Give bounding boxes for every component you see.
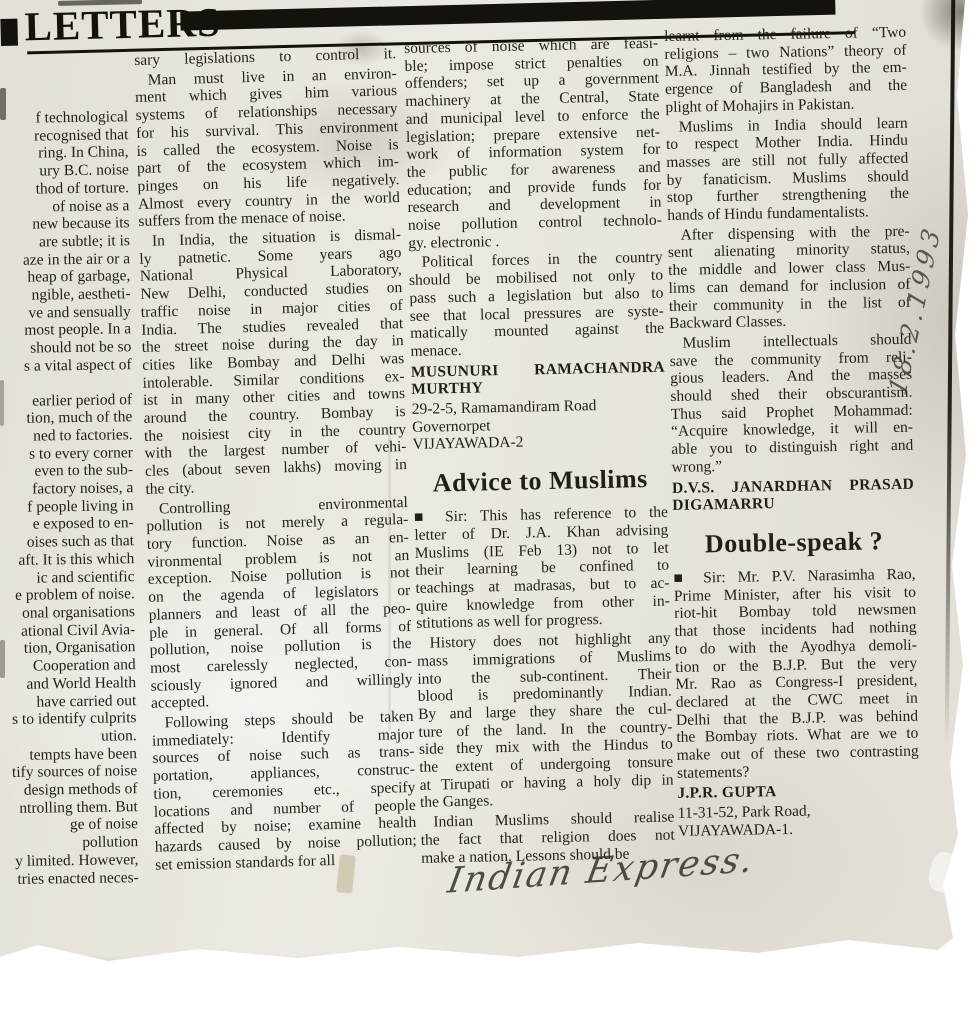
text-line: have carried out bbox=[10, 692, 136, 711]
text-line: Double-speak ? bbox=[673, 526, 915, 560]
paragraph: Muslim intellectuals shouldsave the comm… bbox=[669, 331, 913, 477]
text-line: y limited. However, bbox=[12, 851, 138, 870]
text-line: ve and sensually bbox=[5, 303, 131, 322]
text-line: ge of noise pollution bbox=[12, 816, 138, 853]
paper-crinkle bbox=[926, 849, 961, 894]
signature-name: J.P.R. GUPTA bbox=[677, 781, 919, 803]
clipping-right-edge-shadow bbox=[945, 0, 956, 745]
text-line: tify sources of noise bbox=[11, 762, 137, 781]
text-line: and World Health bbox=[10, 674, 136, 693]
text-line: earlier period of bbox=[6, 391, 132, 410]
paragraph: learnt from the failure of “Tworeligions… bbox=[664, 24, 908, 117]
text-line: aze in the air or a bbox=[4, 250, 130, 269]
signature-address: 11-31-52, Park Road,VIJAYAWADA-1. bbox=[678, 801, 921, 841]
text-line: most people. In a bbox=[5, 321, 131, 340]
text-line: VIJAYAWADA-1. bbox=[678, 818, 920, 840]
text-line: tion, Organisation bbox=[9, 639, 135, 658]
text-line: plight of Mohajirs in Pakistan. bbox=[665, 95, 907, 117]
paragraph: Controlling environmentalpollution is no… bbox=[146, 494, 413, 713]
text-line: J.P.R. GUPTA bbox=[677, 781, 919, 803]
text-line: factory noises, a bbox=[7, 479, 133, 498]
scan-artifact-left-2 bbox=[0, 380, 4, 426]
newspaper-clipping: LETTERS f technologicalrecognised thatri… bbox=[0, 0, 972, 978]
tape-mark bbox=[336, 854, 356, 893]
text-line: statements? bbox=[677, 760, 919, 782]
text-line: of noise as a bbox=[3, 197, 129, 216]
text-line: s to identify culprits bbox=[10, 709, 136, 728]
text-line: wrong.” bbox=[672, 455, 914, 477]
text-line: Advice to Muslims bbox=[413, 464, 668, 499]
paragraph: sources of noise which are feasi-ble; im… bbox=[404, 35, 662, 253]
paragraph: Man must live in an environ-ment which g… bbox=[135, 65, 401, 231]
text-line: ned to factories. bbox=[6, 426, 132, 445]
text-line: tion, much of the bbox=[6, 408, 132, 427]
column-2-noise-letter: sary legislations to control it.Man must… bbox=[134, 45, 417, 876]
text-line: ntrolling them. But bbox=[12, 798, 138, 817]
paragraph: ■ Sir: Mr. P.V. Narasimha Rao,Prime Mini… bbox=[673, 566, 919, 783]
signature-address: 29-2-5, Ramamandiram RoadGovernorpetVIJA… bbox=[412, 396, 667, 454]
text-line: ution. bbox=[11, 727, 137, 746]
text-line: ngible, aestheti- bbox=[4, 285, 130, 304]
paragraph: Muslims in India should learnto respect … bbox=[666, 114, 910, 224]
text-line: s to every corner bbox=[7, 444, 133, 463]
paragraph-fragment: f technologicalrecognised thatring. In C… bbox=[2, 108, 132, 375]
text-line: ic and scientific bbox=[8, 568, 134, 587]
column-3-advice-to-muslims: sources of noise which are feasi-ble; im… bbox=[404, 35, 675, 869]
paper-crease bbox=[388, 430, 391, 730]
text-line: Backward Classes. bbox=[669, 311, 911, 333]
paragraph: In India, the situation is dismal-ly pat… bbox=[139, 226, 408, 498]
text-line: new because its bbox=[3, 214, 129, 233]
column-4-double-speak: learnt from the failure of “Tworeligions… bbox=[664, 24, 920, 845]
text-line: ury B.C. noise bbox=[3, 161, 129, 180]
paragraph: Following steps should be takenimmediate… bbox=[151, 708, 417, 874]
masthead-edge-fragment bbox=[0, 19, 18, 46]
paragraph: Political forces in the countryshould be… bbox=[408, 249, 664, 361]
text-line: aft. It is this which bbox=[8, 550, 134, 569]
text-line: e exposed to en- bbox=[8, 515, 134, 534]
paragraph: ■ Sir: This has reference to theletter o… bbox=[414, 504, 671, 633]
text-line: s a vital aspect of bbox=[5, 356, 131, 375]
text-line: are subtle; it is bbox=[4, 232, 130, 251]
text-line: should not be so bbox=[5, 338, 131, 357]
text-line: ational Civil Avia- bbox=[9, 621, 135, 640]
text-line: tries enacted neces- bbox=[13, 869, 139, 888]
column-1-left-clipped: f technologicalrecognised thatring. In C… bbox=[2, 108, 139, 890]
text-line: tempts have been bbox=[11, 745, 137, 764]
signature-name: MUSUNURI RAMACHANDRAMURTHY bbox=[411, 358, 666, 399]
letter-heading: Advice to Muslims bbox=[413, 464, 668, 499]
text-line: ring. In China, bbox=[2, 144, 128, 163]
text-line: onal organisations bbox=[9, 603, 135, 622]
text-line: thod of torture. bbox=[3, 179, 129, 198]
text-line: oises such as that bbox=[8, 532, 134, 551]
text-line: even to the sub- bbox=[7, 462, 133, 481]
text-line: recognised that bbox=[2, 126, 128, 145]
scan-artifact-left-3 bbox=[0, 640, 5, 678]
text-line: Cooperation and bbox=[10, 656, 136, 675]
letter-heading: Double-speak ? bbox=[673, 526, 915, 560]
text-line: hands of Hindu fundamentalists. bbox=[667, 203, 909, 225]
text-line: design methods of bbox=[11, 780, 137, 799]
text-line: heap of garbage, bbox=[4, 268, 130, 287]
scan-artifact-left-1 bbox=[0, 88, 6, 120]
signature-name: D.V.S. JANARDHAN PRASADDIGAMARRU bbox=[672, 475, 915, 515]
text-line: e problem of noise. bbox=[9, 585, 135, 604]
paragraph-fragment: earlier period oftion, much of thened to… bbox=[6, 391, 139, 888]
text-line: f technological bbox=[2, 108, 128, 127]
text-line: f people living in bbox=[7, 497, 133, 516]
scanned-page: LETTERS f technologicalrecognised thatri… bbox=[0, 0, 978, 1024]
paragraph: After dispensing with the pre-sent alien… bbox=[667, 222, 911, 332]
paragraph: History does not highlight anymass immig… bbox=[416, 630, 674, 812]
text-line: DIGAMARRU bbox=[672, 493, 914, 515]
